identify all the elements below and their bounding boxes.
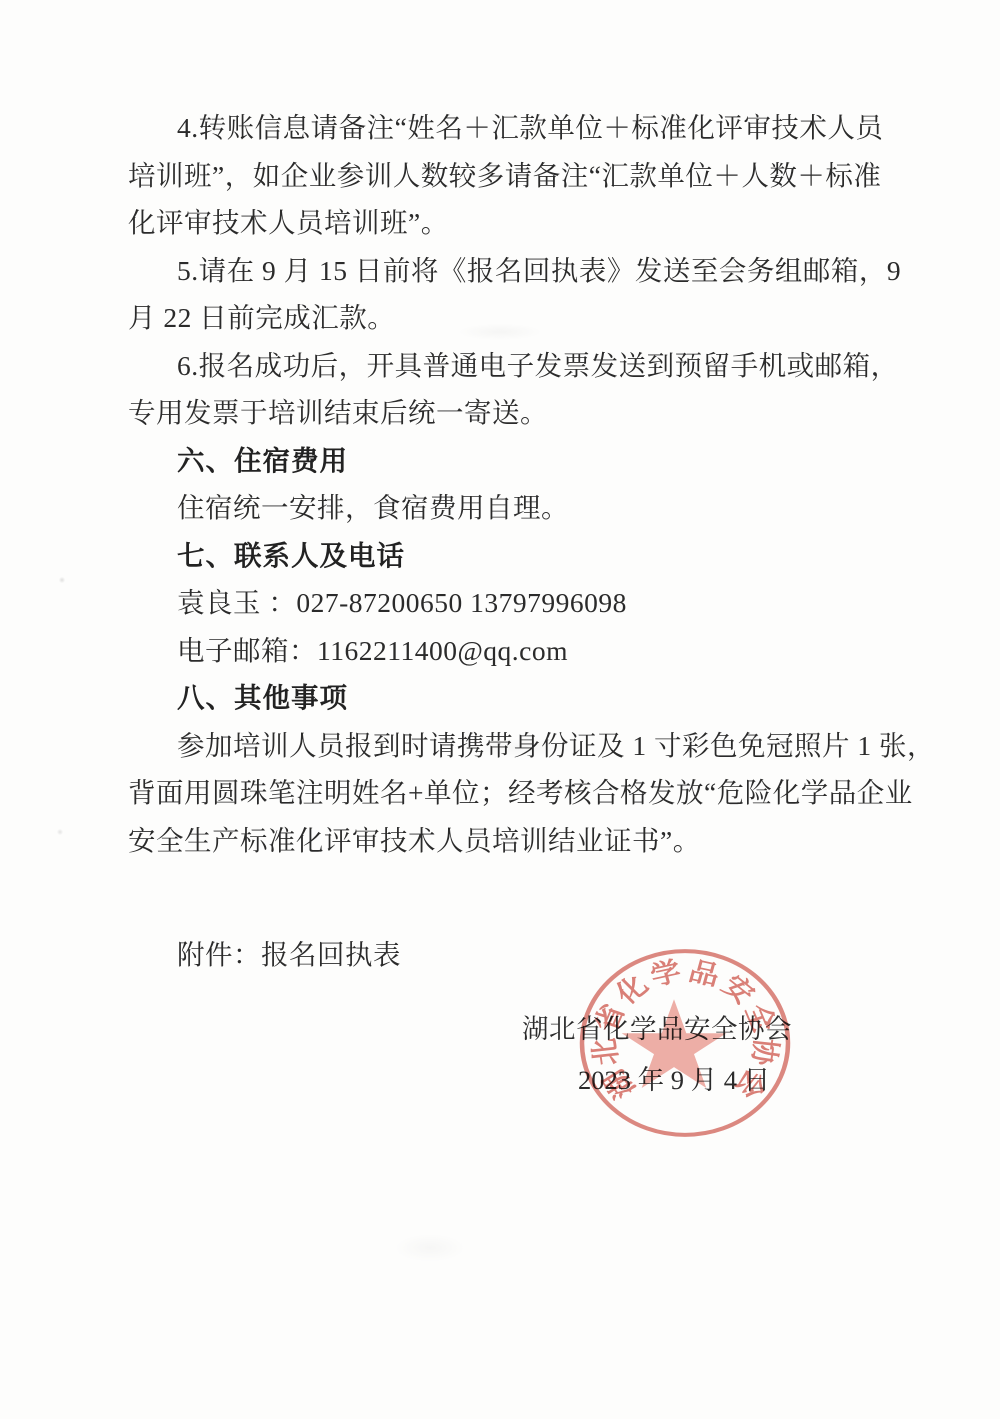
text-line: 电子邮箱：1162211400@qq.com xyxy=(128,627,876,675)
paragraph: 6.报名成功后，开具普通电子发票发送到预留手机或邮箱，专用发票于培训结束后统一寄… xyxy=(128,342,876,437)
paragraph: 参加培训人员报到时请携带身份证及 1 寸彩色免冠照片 1 张，背面用圆珠笔注明姓… xyxy=(128,722,876,865)
text-line: 袁良玉 ：027-87200650 13797996098 xyxy=(128,579,876,627)
section-heading: 七、联系人及电话 xyxy=(128,532,876,580)
text-line: 住宿统一安排，食宿费用自理。 xyxy=(128,484,876,532)
paragraph: 住宿统一安排，食宿费用自理。 xyxy=(128,484,876,532)
text-line: 背面用圆珠笔注明姓名+单位；经考核合格发放“危险化学品企业 xyxy=(128,769,876,817)
text-line: 6.报名成功后，开具普通电子发票发送到预留手机或邮箱， xyxy=(128,342,876,390)
text-line: 月 22 日前完成汇款。 xyxy=(128,294,876,342)
paragraph: 4.转账信息请备注“姓名＋汇款单位＋标准化评审技术人员培训班”，如企业参训人数较… xyxy=(128,104,876,247)
document-page: 4.转账信息请备注“姓名＋汇款单位＋标准化评审技术人员培训班”，如企业参训人数较… xyxy=(0,0,1000,1419)
text-line: 安全生产标准化评审技术人员培训结业证书”。 xyxy=(128,817,876,865)
signature-date: 2023 年 9 月 4 日 xyxy=(578,1063,770,1097)
text-line: 参加培训人员报到时请携带身份证及 1 寸彩色免冠照片 1 张， xyxy=(128,722,876,770)
text-line: 化评审技术人员培训班”。 xyxy=(128,199,876,247)
text-line: 七、联系人及电话 xyxy=(128,532,876,580)
document-body: 4.转账信息请备注“姓名＋汇款单位＋标准化评审技术人员培训班”，如企业参训人数较… xyxy=(128,104,876,979)
paragraph: 袁良玉 ：027-87200650 13797996098 xyxy=(128,579,876,627)
paragraph: 5.请在 9 月 15 日前将《报名回执表》发送至会务组邮箱，9月 22 日前完… xyxy=(128,247,876,342)
paragraph: 电子邮箱：1162211400@qq.com xyxy=(128,627,876,675)
text-line: 4.转账信息请备注“姓名＋汇款单位＋标准化评审技术人员 xyxy=(128,104,876,152)
text-line: 培训班”，如企业参训人数较多请备注“汇款单位＋人数＋标准 xyxy=(128,152,876,200)
text-line: 5.请在 9 月 15 日前将《报名回执表》发送至会务组邮箱，9 xyxy=(128,247,876,295)
text-line: 八、其他事项 xyxy=(128,674,876,722)
text-line: 六、住宿费用 xyxy=(128,437,876,485)
attachment-line: 附件：报名回执表 xyxy=(128,931,876,979)
section-heading: 八、其他事项 xyxy=(128,674,876,722)
text-line: 专用发票于培训结束后统一寄送。 xyxy=(128,389,876,437)
signature-org: 湖北省化学品安全协会 xyxy=(522,1012,792,1046)
section-heading: 六、住宿费用 xyxy=(128,437,876,485)
